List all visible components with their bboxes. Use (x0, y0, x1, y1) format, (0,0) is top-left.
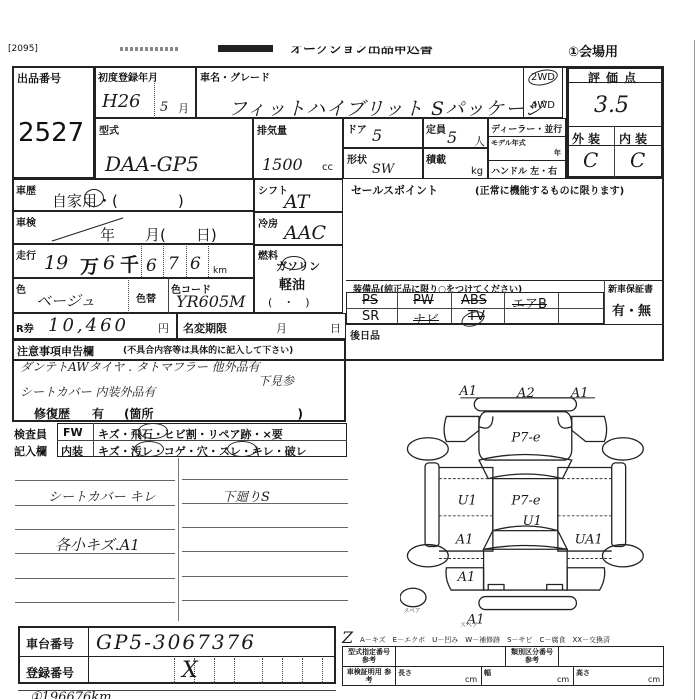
model-year-unit: 年 (554, 148, 561, 158)
divider (573, 666, 574, 686)
divider (15, 480, 175, 481)
fuel-option-other: ( ・ ) (268, 294, 310, 310)
divider (614, 126, 615, 178)
first-reg-label: 初度登録年月 (98, 69, 158, 84)
dealer-label: ディーラー・並行 (491, 122, 562, 135)
sales-point-label: セールスポイント (351, 182, 438, 198)
name-change-label: 名変期限 (183, 320, 227, 336)
divider (397, 292, 398, 324)
header-logo (218, 42, 273, 52)
repair-location: (箇所 ) (124, 405, 303, 422)
score-label: 評価点 (588, 69, 642, 86)
displacement-unit: cc (322, 162, 333, 173)
inspection-label: 車検 (16, 214, 36, 229)
exterior-grade: C (583, 148, 598, 172)
inspection-value: 年 月( 日) (100, 224, 217, 245)
model-label: 型式 (99, 122, 119, 137)
divider (451, 292, 452, 324)
spare-text: スペア (460, 620, 478, 629)
notes-line-2: シートカバー 内装外品有 (20, 383, 155, 400)
divider (174, 658, 175, 684)
divider (186, 246, 187, 277)
fuel-option-diesel: 軽油 (279, 274, 305, 293)
interior-grade: C (630, 148, 645, 172)
fuel-selected-circle (282, 256, 306, 270)
equip-ps: PS (362, 293, 378, 308)
divider (346, 280, 664, 281)
notes-instruction: (不具合内容等は具体的に記入して下さい) (123, 343, 293, 356)
usage-value: 自家用・( ) (52, 190, 184, 211)
mileage-sen: 6 (103, 252, 115, 274)
divider (88, 626, 89, 684)
capacity-label: 定員 (426, 121, 446, 136)
spare-label: スペア (404, 607, 421, 614)
venue-label: ①会場用 (568, 41, 618, 60)
divider (558, 292, 559, 324)
divider (128, 278, 129, 313)
length-label: 長さ (398, 668, 412, 678)
sales-point-note: (正常に機能するものに限ります) (475, 182, 624, 197)
name-grade-label: 車名・グレード (200, 69, 270, 84)
length-unit: cm (465, 675, 477, 684)
model-year-label: モデル年式 (491, 139, 531, 147)
comment-right-1: 下廻りS (222, 486, 270, 505)
scan-edge (694, 40, 695, 700)
usage-selected-circle (84, 189, 104, 207)
footer-note: ①196676km (30, 690, 112, 700)
inspector-label-1: 検査員 (14, 426, 47, 442)
model-value: DAA-GP5 (105, 152, 199, 176)
reg-label: 登録番号 (26, 664, 74, 681)
width-label: 幅 (484, 668, 491, 678)
width-unit: cm (557, 675, 569, 684)
divider (154, 83, 155, 118)
color-value: ベージュ (36, 290, 95, 311)
mark-left-quarter: A1 (457, 570, 476, 585)
divider (569, 126, 661, 127)
ac-value: AAC (284, 222, 326, 244)
load-label: 積載 (426, 151, 446, 166)
divider (141, 246, 142, 277)
recycle-label: R券 (16, 320, 34, 335)
category-label: 類別区分番号 参考 (507, 648, 557, 664)
mark-hood: P7-e (510, 431, 540, 446)
interior-circle-1 (134, 441, 164, 457)
legend-text: A－キズ E－エクボ U－凹み W－補修跡 S－サビ C－腐食 XX－交換済 (360, 635, 610, 645)
load-unit: kg (471, 166, 483, 177)
mileage-digit-3: 6 (190, 254, 201, 274)
divider (178, 458, 179, 621)
repair-value: 有 (92, 405, 104, 422)
mileage-man: 19 (44, 252, 68, 274)
divider (15, 505, 175, 506)
divider (505, 646, 506, 666)
divider (322, 658, 323, 684)
mileage-label: 走行 (16, 247, 36, 262)
divider (569, 145, 661, 146)
mileage-man-unit: 万 (80, 252, 99, 279)
score-value: 3.5 (594, 93, 629, 118)
door-value: 5 (372, 126, 382, 145)
mark-right-rear: UA1 (575, 533, 603, 548)
header-title: オークション出品申込書 (290, 38, 433, 57)
divider (558, 646, 559, 666)
later-items-cell (346, 324, 664, 361)
divider (182, 527, 348, 528)
height-label: 高さ (576, 668, 590, 678)
door-label: ドア (347, 121, 367, 136)
fw-items: キズ・飛石・ヒビ割・リペア跡・×要 (98, 426, 283, 442)
inspector-label-2: 記入欄 (14, 443, 47, 459)
comment-left-1: シートカバー キレ (48, 486, 156, 505)
type-designation-label: 型式指定番号 参考 (345, 648, 393, 664)
divider (214, 658, 215, 684)
ac-label: 冷房 (258, 215, 278, 230)
divider (302, 658, 303, 684)
name-change-month: 月 (276, 320, 287, 336)
mark-front-left: A1 (458, 384, 477, 399)
interior-items: キズ・汚レ・コゲ・穴・スレ・キレ・破レ (98, 443, 307, 459)
mark-front-right: A1 (570, 386, 589, 401)
divider (282, 658, 283, 684)
comment-left-2: 各小キズ.A1 (55, 534, 140, 555)
usage-label: 車歴 (16, 182, 36, 197)
name-grade-value: フィットハイブリット Sパッケージ (228, 94, 545, 121)
recycle-value: 10,460 (48, 315, 129, 336)
displacement-value: 1500 (262, 155, 303, 174)
mileage-digit-2: 7 (168, 254, 179, 274)
shape-value: SW (372, 162, 394, 177)
warranty-label: 新車保証書 (608, 282, 653, 295)
mark-roof: P7-e (510, 494, 540, 509)
mark-front-bumper: A2 (516, 386, 535, 401)
warranty-options: 有・無 (612, 300, 651, 319)
divider (182, 551, 348, 552)
divider (342, 666, 664, 667)
divider (208, 246, 209, 277)
fw-circle (138, 423, 168, 439)
divider (168, 278, 169, 313)
handle-label: ハンドル 左・右 (491, 164, 557, 177)
divider (182, 576, 348, 577)
displacement-label: 排気量 (257, 122, 287, 137)
divider (488, 136, 566, 137)
divider (481, 666, 482, 686)
header-fine-print (120, 47, 180, 51)
drive-4wd: 4WD (531, 100, 555, 111)
shape-label: 形状 (347, 151, 367, 166)
color-code-value: YR605M (176, 292, 246, 311)
equip-pw: PW (413, 293, 434, 308)
divider (15, 578, 175, 579)
car-diagram: A1 A2 A1 P7-e U1 P7-e U1 A1 UA1 A1 A1 スペ… (400, 370, 660, 630)
equip-sr: SR (362, 309, 379, 324)
divider (15, 602, 175, 603)
divider (262, 658, 263, 684)
interior-check-label: 内装 (61, 443, 83, 459)
legend-mark: Z (342, 628, 353, 647)
notes-label: 注意事項申告欄 (17, 343, 94, 359)
cert-label: 車検証明用 参考 (345, 668, 393, 684)
divider (182, 600, 348, 601)
capacity-value: 5 (447, 128, 457, 147)
divider (569, 82, 661, 83)
mileage-unit: km (213, 266, 227, 276)
repair-label: 修復歴 (34, 405, 70, 422)
divider (93, 423, 94, 457)
chassis-label: 車台番号 (26, 635, 74, 652)
fuel-label: 燃料 (258, 247, 278, 262)
divider (15, 529, 175, 530)
color-label: 色 (16, 281, 26, 296)
mark-roof-rear: U1 (523, 514, 542, 529)
mileage-digit-1: 6 (146, 256, 157, 276)
reg-value: X (182, 658, 198, 683)
lot-label: 出品番号 (17, 70, 61, 86)
divider (182, 479, 348, 480)
equip-abs: ABS (461, 293, 487, 308)
first-reg-year: H26 (102, 91, 141, 112)
divider (504, 292, 505, 324)
notes-line-3: 下見参 (258, 372, 294, 389)
mark-left-door: U1 (458, 494, 477, 509)
shift-value: AT (284, 191, 309, 213)
recolor-label: 色替 (136, 290, 156, 305)
height-unit: cm (648, 675, 660, 684)
divider (18, 656, 336, 657)
divider (163, 246, 164, 277)
month-unit: 月 (178, 100, 189, 116)
lot-number: 2527 (18, 118, 84, 148)
divider (604, 280, 605, 324)
mileage-sen-unit: 千 (120, 250, 139, 277)
notes-line-1: ダンテトAWタイヤ . タトマフラー 他外品有 (20, 358, 260, 375)
equip-airbag: エアB (512, 293, 547, 312)
first-reg-month: 5 (160, 100, 168, 115)
fw-label: FW (63, 426, 83, 439)
mark-left-rear-door: A1 (455, 533, 474, 548)
sheet-code: [2095] (8, 44, 38, 54)
capacity-unit: 人 (474, 133, 485, 149)
chassis-value: GP5-3067376 (96, 630, 256, 654)
recycle-unit: 円 (158, 320, 169, 336)
interior-circle-2 (227, 441, 257, 457)
divider (395, 646, 396, 686)
divider (488, 160, 566, 161)
name-change-day: 日 (330, 320, 341, 336)
divider (234, 658, 235, 684)
